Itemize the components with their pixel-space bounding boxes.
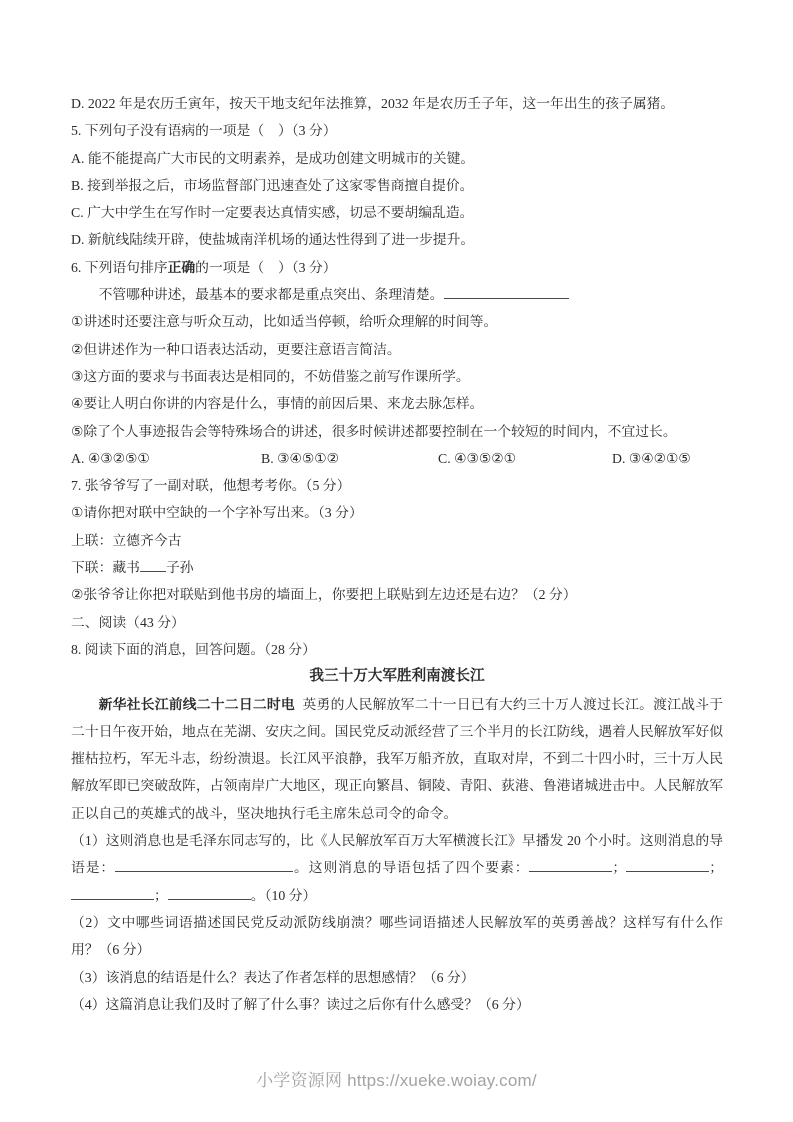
q6-intro-text: 不管哪种讲述，最基本的要求都是重点突出、条理清楚。 bbox=[99, 287, 444, 302]
q7-sub1: ①请你把对联中空缺的一个字补写出来。（3 分） bbox=[71, 499, 723, 526]
section-2-heading: 二、阅读（43 分） bbox=[71, 609, 723, 636]
news-dateline: 新华社长江前线二十二日二时电 bbox=[99, 697, 295, 712]
q8-sub1-separator-2: ； bbox=[709, 860, 723, 875]
q8-sub1-separator-1: ； bbox=[612, 860, 626, 875]
q8-sub2: （2）文中哪些词语描述国民党反动派防线崩溃？哪些词语描述人民解放军的英勇善战？这… bbox=[71, 909, 723, 964]
q8-sub1-end: 。（10 分） bbox=[251, 888, 317, 903]
q8-sub4: （4）这篇消息让我们及时了解了什么事？读过之后你有什么感受？（6 分） bbox=[71, 991, 723, 1018]
q8-sub1-part2: 。这则消息的导语包括了四个要素： bbox=[293, 860, 529, 875]
q6-stem-prefix: 6. 下列语句排序 bbox=[71, 260, 168, 275]
q6-intro-blank bbox=[444, 284, 569, 299]
q8-sub1: （1）这则消息也是毛泽东同志写的，比《人民解放军百万大军横渡长江》早播发 20 … bbox=[71, 827, 723, 909]
q7-xialian-prefix: 下联：藏书 bbox=[71, 560, 140, 575]
q8-sub3: （3）该消息的结语是什么？表达了作者怎样的思想感情？（6 分） bbox=[71, 964, 723, 991]
q6-sentence-3: ③这方面的要求与书面表达是相同的，不妨借鉴之前写作课所学。 bbox=[71, 363, 723, 390]
q5-option-d: D. 新航线陆续开辟，使盐城南洋机场的通达性得到了进一步提升。 bbox=[71, 226, 723, 253]
q6-choice-a: A. ④③②⑤① bbox=[71, 445, 261, 472]
q5-option-b: B. 接到举报之后，市场监督部门迅速查处了这家零售商擅自提价。 bbox=[71, 172, 723, 199]
q8-sub1-separator-3: ； bbox=[154, 888, 168, 903]
q6-intro-line: 不管哪种讲述，最基本的要求都是重点突出、条理清楚。 bbox=[71, 281, 723, 308]
news-body-text: 英勇的人民解放军二十一日已有大约三十万人渡过长江。渡江战斗于二十日午夜开始，地点… bbox=[71, 697, 723, 821]
q7-shanglian: 上联：立德齐今古 bbox=[71, 527, 723, 554]
q6-choices-row: A. ④③②⑤①B. ③④⑤①②C. ④③⑤②①D. ③④②①⑤ bbox=[71, 445, 723, 472]
q6-choice-c: C. ④③⑤②① bbox=[438, 445, 612, 472]
q8-sub1-element-blank-2 bbox=[626, 858, 709, 873]
q6-choice-d: D. ③④②①⑤ bbox=[612, 445, 691, 472]
q5-option-a: A. 能不能提高广大市民的文明素养，是成功创建文明城市的关键。 bbox=[71, 145, 723, 172]
q7-xialian-blank bbox=[140, 557, 166, 572]
q6-choice-b: B. ③④⑤①② bbox=[261, 445, 438, 472]
q8-sub1-lead-blank bbox=[115, 858, 293, 873]
q8-stem: 8. 阅读下面的消息，回答问题。（28 分） bbox=[71, 636, 723, 663]
news-title: 我三十万大军胜利南渡长江 bbox=[71, 663, 723, 690]
q6-stem-emphasis: 正确 bbox=[168, 260, 196, 275]
q4-option-d: D. 2022 年是农历壬寅年，按天干地支纪年法推算，2032 年是农历壬子年，… bbox=[71, 90, 723, 117]
news-paragraph: 新华社长江前线二十二日二时电英勇的人民解放军二十一日已有大约三十万人渡过长江。渡… bbox=[71, 691, 723, 827]
site-watermark-text: 小学资源网 https://xueke.woiay.com/ bbox=[256, 1071, 537, 1090]
site-watermark: 小学资源网 https://xueke.woiay.com/ bbox=[0, 1066, 793, 1091]
q6-stem-suffix: 的一项是（ ）（3 分） bbox=[195, 260, 336, 275]
q6-sentence-4: ④要让人明白你讲的内容是什么，事情的前因后果、来龙去脉怎样。 bbox=[71, 390, 723, 417]
q8-sub1-element-blank-1 bbox=[529, 858, 612, 873]
q8-sub1-element-blank-4 bbox=[168, 885, 251, 900]
q6-sentence-1: ①讲述时还要注意与听众互动，比如适当停顿，给听众理解的时间等。 bbox=[71, 308, 723, 335]
q7-sub2: ②张爷爷让你把对联贴到他书房的墙面上，你要把上联贴到左边还是右边？（2 分） bbox=[71, 581, 723, 608]
q6-sentence-2: ②但讲述作为一种口语表达活动，更要注意语言简洁。 bbox=[71, 336, 723, 363]
q5-stem: 5. 下列句子没有语病的一项是（ ）（3 分） bbox=[71, 117, 723, 144]
q7-xialian: 下联：藏书子孙 bbox=[71, 554, 723, 581]
exam-document: D. 2022 年是农历壬寅年，按天干地支纪年法推算，2032 年是农历壬子年，… bbox=[71, 90, 723, 1018]
q5-option-c: C. 广大中学生在写作时一定要表达真情实感，切忌不要胡编乱造。 bbox=[71, 199, 723, 226]
q8-sub1-element-blank-3 bbox=[71, 885, 154, 900]
q7-xialian-suffix: 子孙 bbox=[166, 560, 194, 575]
q6-sentence-5: ⑤除了个人事迹报告会等特殊场合的讲述，很多时候讲述都要控制在一个较短的时间内，不… bbox=[71, 418, 723, 445]
q6-stem: 6. 下列语句排序正确的一项是（ ）（3 分） bbox=[71, 254, 723, 281]
q7-stem: 7. 张爷爷写了一副对联，他想考考你。（5 分） bbox=[71, 472, 723, 499]
